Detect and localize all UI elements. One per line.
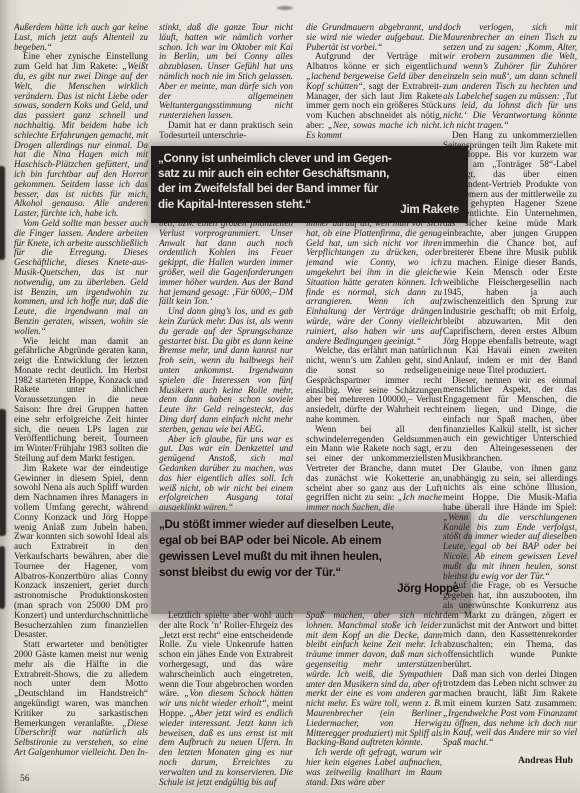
text-run: „Aber jetzt wird es endlich wieder inter… xyxy=(159,708,293,787)
scan-artifact xyxy=(0,166,5,260)
paragraph: Dieser, nennen wir es einmal menschliche… xyxy=(443,376,577,464)
paragraph: Und dann ging’s los, und es gab kein Zur… xyxy=(159,307,293,434)
paragraph: Eine eher zynische Einstellung zum Geld … xyxy=(14,52,148,219)
text-run: Wie leicht man damit an gefährliche Abgr… xyxy=(14,336,148,464)
paragraph: Den Hang zu unkommerziellen Seitensprüng… xyxy=(443,131,577,376)
paragraph: doch verlogen, sich mit Maurenbrecher an… xyxy=(443,23,577,131)
paragraph: Auf die Frage, ob es Versuche gegeben ha… xyxy=(443,581,577,669)
paragraph: Aufgrund der Verträge mit Albatros könne… xyxy=(306,52,442,140)
paragraph: Daß man sich von derlei Dingen trotzdem … xyxy=(443,670,577,748)
scan-artifact xyxy=(0,546,5,609)
text-run: Dieser, nennen wir es einmal menschliche… xyxy=(443,375,577,463)
scan-artifact xyxy=(277,6,293,10)
text-run: Aber ich glaube, für uns war es gut. Das… xyxy=(159,434,293,511)
text-column-4: doch verlogen, sich mit Maurenbrecher an… xyxy=(443,23,577,753)
paragraph: stinkt, daß die ganze Tour nicht läuft, … xyxy=(159,23,293,121)
pullquote-line: „Du stößt immer wieder auf dieselben Leu… xyxy=(159,517,463,533)
text-column-2-top: stinkt, daß die ganze Tour nicht läuft, … xyxy=(159,23,293,146)
text-run: „Wenn du die verschlungenen Kanäle bis z… xyxy=(443,512,577,581)
text-run: Damit hat er dann praktisch sein Todesur… xyxy=(159,120,293,140)
text-run: „Irgendwelche Post vom Finanzamt zu öffn… xyxy=(443,708,577,747)
page-number: 56 xyxy=(20,774,30,784)
text-run: Ich werde oft gefragt, warum wir hier ke… xyxy=(306,747,442,786)
text-run: Vom Geld sollte man besser auch die Fing… xyxy=(14,218,148,336)
pullquote-lines: „Du stößt immer wieder auf dieselben Leu… xyxy=(159,517,463,581)
text-run: Spaß machen, aber sich nicht lohnen. Man… xyxy=(306,611,442,747)
author-byline: Andreas Hub xyxy=(463,755,573,766)
text-column-3-middle: immer darauf an, wen man vor sich hat, o… xyxy=(306,219,442,511)
text-run: Daß man sich von derlei Dingen trotzdem … xyxy=(443,669,577,708)
pullquote-attribution: Jörg Hoppe xyxy=(159,581,463,597)
text-run: Außerdem hätte ich auch gar keine Lust, … xyxy=(14,23,148,52)
paragraph: Ich werde oft gefragt, warum wir hier ke… xyxy=(306,748,442,787)
paragraph: Damit hat er dann praktisch sein Todesur… xyxy=(159,121,293,141)
text-run: Den Hang zu unkommerziellen Seitensprüng… xyxy=(443,130,577,375)
paragraph: Vom Geld sollte man besser auch die Fing… xyxy=(14,219,148,337)
paragraph: Letztlich spielte aber wohl auch der alt… xyxy=(159,611,293,787)
paragraph: Der Glaube, von ihnen ganz unabhängig zu… xyxy=(443,464,577,582)
paragraph: Wie leicht man damit an gefährliche Abgr… xyxy=(14,337,148,464)
text-run: Jim Rakete war der eindeutige Gewinner i… xyxy=(14,463,148,640)
text-column-1: Außerdem hätte ich auch gar keine Lust, … xyxy=(14,23,148,775)
paragraph: Wenn bei all den schwindelerregenden Gel… xyxy=(306,425,442,511)
magazine-page: Außerdem hätte ich auch gar keine Lust, … xyxy=(0,0,580,793)
text-column-3-bottom: Spaß machen, aber sich nicht lohnen. Man… xyxy=(306,611,442,791)
text-run: die Grundmauern abgebrannt, und sie wird… xyxy=(306,23,442,52)
text-run: Aufgrund der Verträge mit Albatros könne… xyxy=(306,51,442,71)
text-column-3-top: die Grundmauern abgebrannt, und sie wird… xyxy=(306,23,442,146)
text-run: ben, bzw. einen großen finanziellen Verl… xyxy=(159,219,293,306)
text-run: immer darauf an, wen man vor sich hat, o… xyxy=(306,219,442,346)
pullquote-line: der im Zweifelsfall bei der Band immer f… xyxy=(158,181,461,196)
text-run: Statt erwarteter und benötigter 2000 Gäs… xyxy=(14,639,148,727)
text-run: Und dann ging’s los, und es gab kein Zur… xyxy=(159,306,293,434)
pullquote-line: egal ob bei BAP oder bei Nicole. Ab eine… xyxy=(159,533,463,549)
pullquote-line: „Conny ist unheimlich clever und im Gege… xyxy=(158,151,461,166)
paragraph: Spaß machen, aber sich nicht lohnen. Man… xyxy=(306,611,442,748)
text-run: Wenn bei all den schwindelerregenden Gel… xyxy=(306,424,442,503)
paragraph: Außerdem hätte ich auch gar keine Lust, … xyxy=(14,23,148,52)
text-column-2-middle: ben, bzw. einen großen finanziellen Verl… xyxy=(159,219,293,511)
paragraph: Jim Rakete war der eindeutige Gewinner i… xyxy=(14,464,148,640)
pullquote-line: satz zu mir auch ein echter Geschäftsman… xyxy=(158,166,461,181)
pullquote-line: sonst bleibst du ewig vor der Tür.“ xyxy=(159,565,463,581)
text-run: „Weißt du, es gibt nur zwei Dinge auf de… xyxy=(14,61,148,218)
text-run: doch verlogen, sich mit Maurenbrecher an… xyxy=(443,23,577,130)
scan-artifact xyxy=(0,409,6,536)
text-column-2-bottom: Letztlich spielte aber wohl auch der alt… xyxy=(159,611,293,791)
paragraph: die Grundmauern abgebrannt, und sie wird… xyxy=(306,23,442,52)
text-run: Letztlich spielte aber wohl auch der alt… xyxy=(159,611,293,698)
paragraph: ben, bzw. einen großen finanziellen Verl… xyxy=(159,219,293,307)
pullquote-line: gewissen Level mußt du mit ihnen heulen, xyxy=(159,549,463,565)
paragraph: Welche, das erfährt man natürlich nicht,… xyxy=(306,346,442,424)
paragraph: immer darauf an, wen man vor sich hat, o… xyxy=(306,219,442,346)
text-run: Auf die Frage, ob es Versuche gegeben ha… xyxy=(443,580,577,668)
text-run: Der Glaube, von ihnen ganz unabhängig zu… xyxy=(443,463,577,512)
text-run: Welche, das erfährt man natürlich nicht,… xyxy=(306,345,442,424)
pullquote-rakete: „Conny ist unheimlich clever und im Gege… xyxy=(151,146,468,223)
paragraph: Statt erwarteter und benötigter 2000 Gäs… xyxy=(14,640,148,758)
paragraph: Aber ich glaube, für uns war es gut. Das… xyxy=(159,435,293,511)
text-run: stinkt, daß die ganze Tour nicht läuft, … xyxy=(159,23,293,120)
pullquote-hoppe: „Du stößt immer wieder auf dieselben Leu… xyxy=(151,512,471,614)
